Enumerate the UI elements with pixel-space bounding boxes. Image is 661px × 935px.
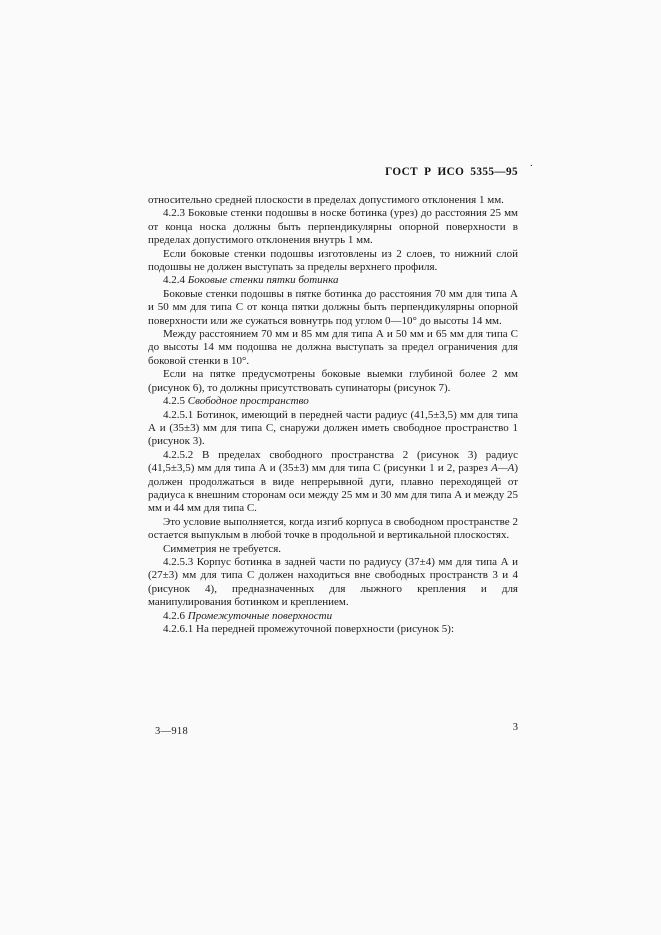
text-run: Это условие выполняется, когда изгиб кор… [148,516,518,541]
heading-4-2-6: 4.2.6 Промежуточные поверхности [148,610,518,623]
text-run: 4.2.5.2 В пределах свободного пространст… [148,449,518,474]
clause-title: Боковые стенки пятки ботинка [188,274,339,286]
paragraph-symmetry: Симметрия не требуется. [148,543,518,556]
text-run: Если боковые стенки подошвы изготовлены … [148,248,518,273]
paragraph-continuation: относительно средней плоскости в предела… [148,194,518,207]
clause-title: Свободное пространство [188,395,309,407]
text-run: Если на пятке предусмотрены боковые выем… [148,368,518,393]
text-run: Между расстоянием 70 мм и 85 мм для типа… [148,328,518,367]
scan-artifact-dot: . [530,157,533,169]
page-number: 3 [513,722,518,733]
paragraph-4-2-3-note: Если боковые стенки подошвы изготовлены … [148,248,518,275]
text-run: 4.2.6.1 На передней промежуточной поверх… [163,623,454,635]
print-order-code: 3—918 [155,726,188,737]
clause-number: 4.2.4 [163,274,188,286]
text-run: относительно средней плоскости в предела… [148,194,504,206]
text-run: Симметрия не требуется. [163,543,281,555]
text-run: 4.2.5.1 Ботинок, имеющий в передней част… [148,409,518,448]
heading-4-2-4: 4.2.4 Боковые стенки пятки ботинка [148,274,518,287]
heading-4-2-5: 4.2.5 Свободное пространство [148,395,518,408]
page-footer: 3—918 3 [155,722,518,733]
text-run: 4.2.3 Боковые стенки подошвы в носке бот… [148,207,518,246]
paragraph-4-2-5-2-note: Это условие выполняется, когда изгиб кор… [148,516,518,543]
document-page: . ГОСТ Р ИСО 5355—95 относительно средне… [0,0,661,935]
paragraph-4-2-5-1: 4.2.5.1 Ботинок, имеющий в передней част… [148,409,518,449]
standard-number-header: ГОСТ Р ИСО 5355—95 [148,166,518,178]
clause-number: 4.2.5 [163,395,188,407]
paragraph-4-2-6-1: 4.2.6.1 На передней промежуточной поверх… [148,623,518,636]
paragraph-4-2-5-3: 4.2.5.3 Корпус ботинка в задней части по… [148,556,518,610]
document-body: относительно средней плоскости в предела… [148,194,518,636]
text-run: 4.2.5.3 Корпус ботинка в задней части по… [148,556,518,608]
paragraph-4-2-4-2: Между расстоянием 70 мм и 85 мм для типа… [148,328,518,368]
paragraph-4-2-5-2: 4.2.5.2 В пределах свободного пространст… [148,449,518,516]
paragraph-4-2-4-3: Если на пятке предусмотрены боковые выем… [148,368,518,395]
text-run: Боковые стенки подошвы в пятке ботинка д… [148,288,518,327]
clause-number: 4.2.6 [163,610,188,622]
paragraph-4-2-3: 4.2.3 Боковые стенки подошвы в носке бот… [148,207,518,247]
section-reference: А—А [491,462,514,474]
clause-title: Промежуточные поверхности [188,610,332,622]
paragraph-4-2-4-1: Боковые стенки подошвы в пятке ботинка д… [148,288,518,328]
